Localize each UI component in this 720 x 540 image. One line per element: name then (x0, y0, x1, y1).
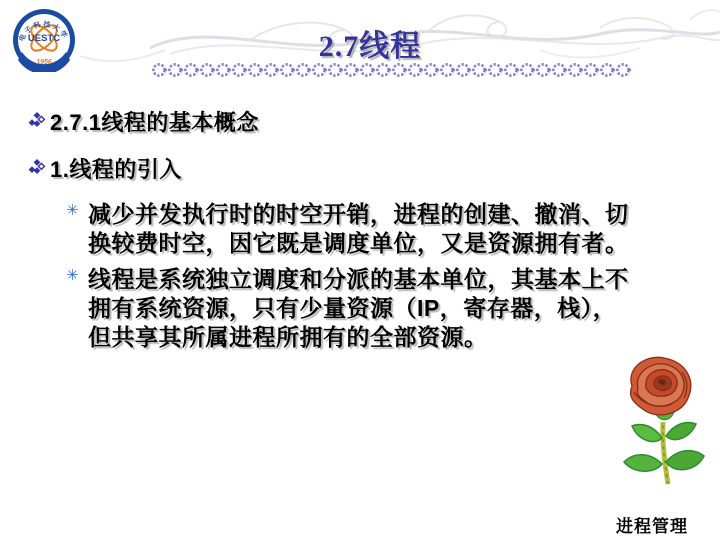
footer-label: 进程管理 (616, 512, 688, 537)
bullet-label: 2.7.1线程的基本概念 (50, 106, 259, 137)
text-line: 拥有系统资源，只有少量资源（IP，寄存器，栈）， (88, 294, 629, 323)
sub-bullet-list: ✳ 减少并发执行时的时空开销，进程的创建、撤消、切 换较费时空，因它既是调度单位… (66, 200, 688, 352)
asterisk-bullet-icon: ✳ (66, 203, 88, 218)
sub-bullet-text: 线程是系统独立调度和分派的基本单位，其基本上不 拥有系统资源，只有少量资源（IP… (88, 265, 629, 352)
list-item: ✳ 线程是系统独立调度和分派的基本单位，其基本上不 拥有系统资源，只有少量资源（… (66, 265, 688, 352)
text-line: 但共享其所属进程所拥有的全部资源。 (88, 323, 629, 352)
slide: 电 子 科 技 大 学 UESTC 1956 2.7线程 (0, 0, 720, 540)
text-line: 减少并发执行时的时空开销，进程的创建、撤消、切 (88, 200, 629, 229)
diamond-bullet-icon (28, 111, 46, 129)
chain-divider (151, 60, 631, 80)
slide-body: 2.7.1线程的基本概念 1.线程的引入 ✳ 减少并发执行时的时空开销，进程的创… (28, 106, 688, 359)
text-line: 换较费时空，因它既是调度单位，又是资源拥有者。 (88, 229, 629, 258)
page-title: 2.7线程 (0, 21, 720, 65)
sub-bullet-text: 减少并发执行时的时空开销，进程的创建、撤消、切 换较费时空，因它既是调度单位，又… (88, 200, 629, 258)
rose-image (612, 352, 708, 488)
text-line: 线程是系统独立调度和分派的基本单位，其基本上不 (88, 265, 629, 294)
bullet-label: 1.线程的引入 (50, 153, 182, 184)
asterisk-bullet-icon: ✳ (66, 268, 88, 283)
list-item: 1.线程的引入 (28, 153, 688, 184)
list-item: 2.7.1线程的基本概念 (28, 106, 688, 137)
list-item: ✳ 减少并发执行时的时空开销，进程的创建、撤消、切 换较费时空，因它既是调度单位… (66, 200, 688, 258)
diamond-bullet-icon (28, 158, 46, 176)
